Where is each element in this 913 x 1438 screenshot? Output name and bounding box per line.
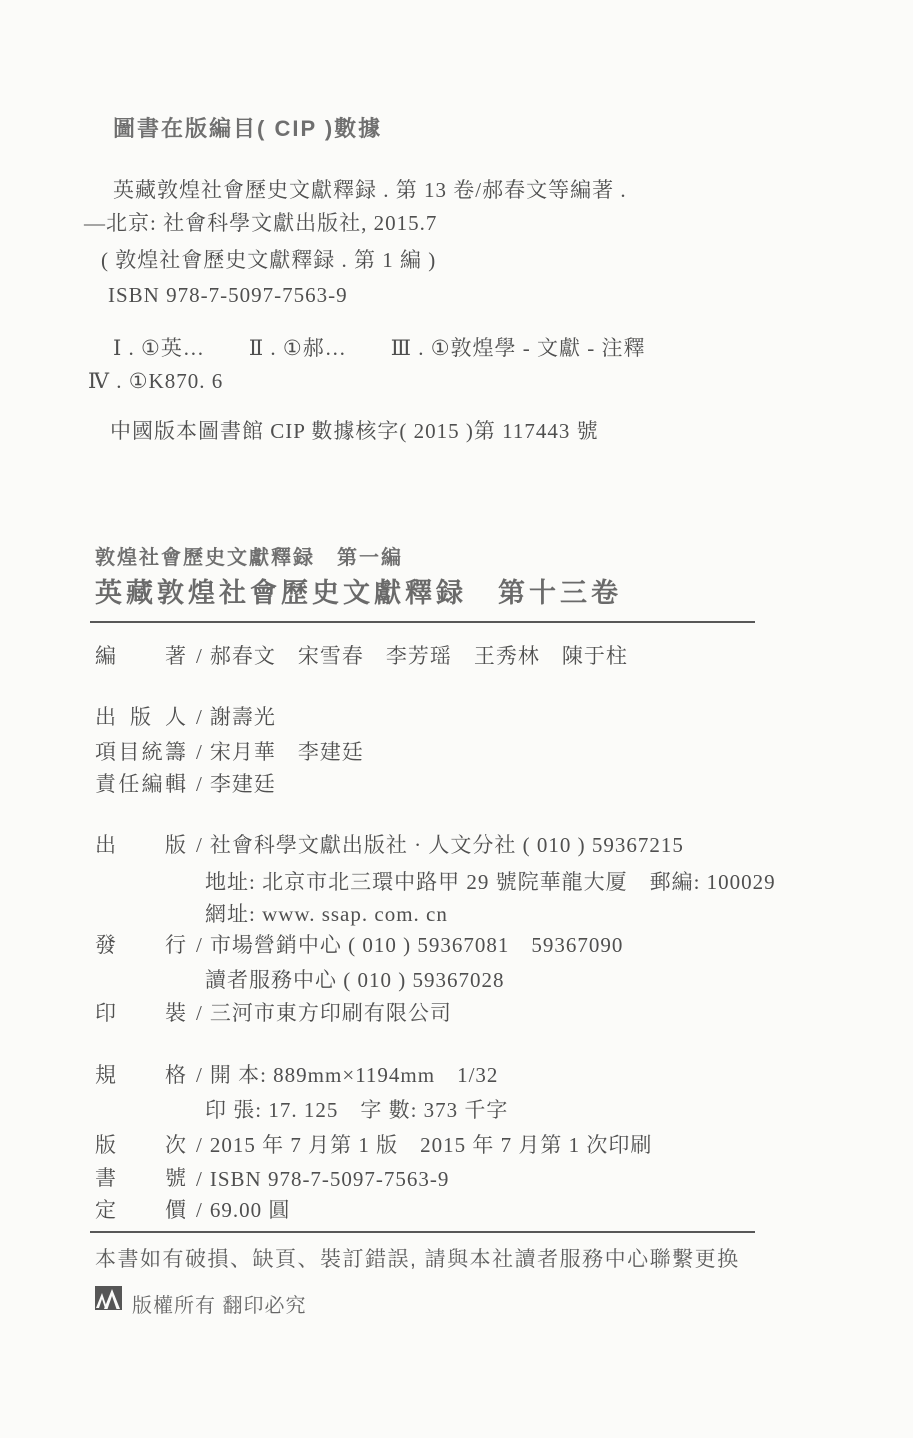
field-value: 開 本: 889mm×1194mm 1/32 (210, 1063, 499, 1087)
field-value: 69.00 圓 (210, 1198, 291, 1222)
field-value: 宋月華 李建廷 (210, 740, 364, 764)
reader-service-line: 讀者服務中心 ( 010 ) 59367028 (205, 964, 505, 994)
info-row-publisher-person: 出版人/謝壽光 (95, 701, 276, 731)
info-row-distribution: 發行/市場營銷中心 ( 010 ) 59367081 59367090 (95, 929, 623, 959)
info-row-project-coordinators: 項目統籌/宋月華 李建廷 (95, 736, 364, 766)
separator: / (196, 644, 203, 669)
publisher-website: 網址: www. ssap. com. cn (205, 898, 448, 928)
cip-record-number: 中國版本圖書館 CIP 數據核字( 2015 )第 117443 號 (110, 415, 599, 445)
book-title: 英藏敦煌社會歷史文獻釋録 第十三卷 (95, 571, 622, 610)
info-row-responsible-editor: 責任編輯/李建廷 (95, 768, 276, 798)
damage-replacement-notice: 本書如有破損、缺頁、裝訂錯誤, 請與本社讀者服務中心聯繫更换 (95, 1243, 740, 1273)
field-label: 出版 (95, 829, 187, 859)
cip-entry-line-1: 英藏敦煌社會歷史文獻釋録 . 第 13 卷/郝春文等編著 . (113, 174, 627, 204)
field-label: 發行 (95, 929, 187, 959)
info-row-edition: 版次/2015 年 7 月第 1 版 2015 年 7 月第 1 次印刷 (95, 1129, 652, 1159)
separator: / (196, 1001, 203, 1026)
separator: / (196, 1063, 203, 1088)
field-label: 定價 (95, 1194, 187, 1224)
separator: / (196, 740, 203, 765)
publisher-logo-icon (95, 1286, 122, 1316)
cip-category-4: Ⅳ . ①K870. 6 (88, 369, 223, 394)
separator: / (196, 705, 203, 730)
field-value: 郝春文 宋雪春 李芳瑶 王秀林 陳于柱 (210, 644, 628, 668)
cip-entry-line-2: —北京: 社會科學文獻出版社, 2015.7 (84, 207, 437, 237)
cip-categories: Ⅰ . ①英… Ⅱ . ①郝… Ⅲ . ①敦煌學 - 文獻 - 注釋 (113, 332, 646, 362)
field-value: 李建廷 (210, 772, 276, 796)
field-label: 版次 (95, 1129, 187, 1159)
title-divider (90, 621, 755, 623)
field-label: 項目統籌 (95, 736, 187, 766)
field-label: 書號 (95, 1162, 187, 1192)
info-row-format: 規格/開 本: 889mm×1194mm 1/32 (95, 1059, 498, 1089)
field-value: 謝壽光 (210, 705, 276, 729)
copyright-notice: 版權所有 翻印必究 (132, 1289, 307, 1318)
copyright-page: 圖書在版編目( CIP )數據 英藏敦煌社會歷史文獻釋録 . 第 13 卷/郝春… (0, 0, 913, 1438)
series-title: 敦煌社會歷史文獻釋録 第一編 (95, 541, 403, 570)
separator: / (196, 833, 203, 858)
info-row-printing: 印裝/三河市東方印刷有限公司 (95, 997, 452, 1027)
field-value: 市場營銷中心 ( 010 ) 59367081 59367090 (210, 933, 624, 957)
cip-isbn: ISBN 978-7-5097-7563-9 (108, 283, 348, 308)
field-value: 三河市東方印刷有限公司 (210, 1001, 452, 1025)
info-row-publisher: 出版/社會科學文獻出版社 · 人文分社 ( 010 ) 59367215 (95, 829, 684, 859)
footer-divider (90, 1231, 755, 1233)
info-row-price: 定價/69.00 圓 (95, 1194, 290, 1224)
separator: / (196, 772, 203, 797)
field-label: 編著 (95, 640, 187, 670)
field-value: 社會科學文獻出版社 · 人文分社 ( 010 ) 59367215 (210, 833, 684, 857)
separator: / (196, 1167, 203, 1192)
publisher-address: 地址: 北京市北三環中路甲 29 號院華龍大厦 郵編: 100029 (205, 866, 776, 896)
cip-entry-line-3: ( 敦煌社會歷史文獻釋録 . 第 1 編 ) (101, 244, 436, 274)
field-label: 印裝 (95, 997, 187, 1027)
cip-header: 圖書在版編目( CIP )數據 (113, 112, 382, 143)
field-label: 規格 (95, 1059, 187, 1089)
separator: / (196, 1133, 203, 1158)
field-label: 責任編輯 (95, 768, 187, 798)
separator: / (196, 933, 203, 958)
field-value: ISBN 978-7-5097-7563-9 (210, 1167, 450, 1191)
field-value: 2015 年 7 月第 1 版 2015 年 7 月第 1 次印刷 (210, 1133, 653, 1157)
info-row-editors: 編著/郝春文 宋雪春 李芳瑶 王秀林 陳于柱 (95, 640, 628, 670)
separator: / (196, 1198, 203, 1223)
field-label: 出版人 (95, 701, 187, 731)
print-sheets-line: 印 張: 17. 125 字 數: 373 千字 (205, 1094, 508, 1124)
info-row-book-number: 書號/ISBN 978-7-5097-7563-9 (95, 1162, 449, 1192)
